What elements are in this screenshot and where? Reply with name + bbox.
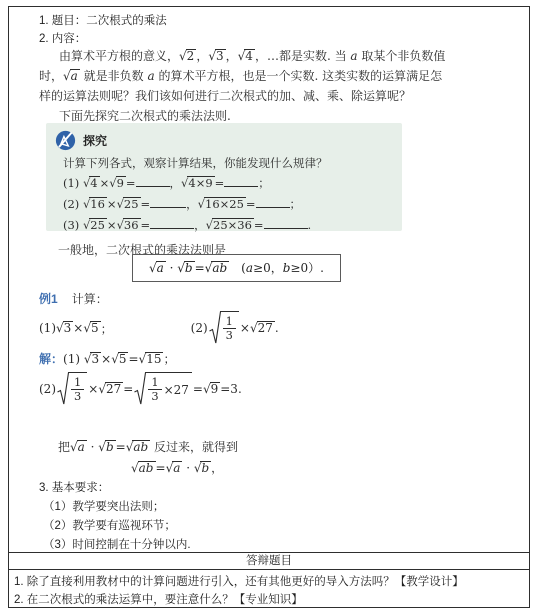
multiplication-rule-formula-box: √a · √b=√ab (a≥0，b≥0）. — [132, 254, 341, 282]
explore-header: 探究 — [46, 123, 402, 151]
requirements-heading: 3. 基本要求： — [39, 479, 109, 495]
defense-question-2: 2. 在二次根式的乘法运算中，要注意什么？【专业知识】 — [14, 591, 303, 607]
explore-item-3: (3) √25×√36=，√25×36=. — [46, 215, 402, 236]
solution-step-1: (1) √3×√5=√15； — [63, 352, 175, 366]
requirement-item-2: （2）教学要有巡视环节； — [43, 517, 176, 533]
requirement-item-3: （3）时间控制在十分钟以内. — [43, 536, 191, 552]
defense-questions-header-row: 答辩题目 — [9, 552, 529, 569]
reverse-statement-line: 把√a · √b=√ab 反过来，就得到 — [58, 438, 238, 455]
intro-line-2: 时，√a 就是非负数 a 的算术平方根，也是一个实数. 这类实数的运算满足怎 — [39, 67, 442, 84]
explore-item-1: (1) √4×√9=，√4×9=； — [46, 173, 402, 194]
example-problems-line: (1) √3×√5；(2) 13×√27. — [39, 307, 279, 349]
requirement-item-1: （1）教学要突出法则； — [43, 498, 164, 514]
defense-question-1: 1. 除了直接利用教材中的计算问题进行引入，还有其他更好的导入方法吗？【教学设计… — [14, 573, 464, 589]
solution-label: 解： — [39, 352, 63, 366]
task-title-line: 1. 题目：二次根式的乘法 — [39, 12, 167, 28]
defense-questions-cell: 1. 除了直接利用教材中的计算问题进行引入，还有其他更好的导入方法吗？【教学设计… — [9, 569, 529, 609]
solution-line-2: (2) 13×√27=13×27=√9=3. — [39, 365, 242, 413]
reverse-formula-line: √ab=√a · √b， — [131, 459, 223, 476]
explore-prompt: 计算下列各式，观察计算结果，你能发现什么规律？ — [46, 151, 402, 173]
intro-line-1: 由算术平方根的意义，√2，√3，√4，…都是实数. 当 a 取某个非负数值 — [59, 47, 445, 64]
intro-line-4: 下面先探究二次根式的乘法法则. — [59, 107, 231, 124]
explore-activity-box: 探究 计算下列各式，观察计算结果，你能发现什么规律？ (1) √4×√9=，√4… — [46, 123, 402, 231]
example-task-label: 计算： — [72, 292, 108, 306]
interview-task-sheet: 1. 题目：二次根式的乘法 2. 内容： 由算术平方根的意义，√2，√3，√4，… — [8, 6, 530, 608]
explore-item-2: (2) √16×√25=，√16×25=； — [46, 194, 402, 215]
defense-questions-title: 答辩题目 — [246, 555, 292, 567]
example-label: 例1 — [39, 292, 58, 306]
task-content-label: 2. 内容： — [39, 30, 86, 46]
task-content-cell: 1. 题目：二次根式的乘法 2. 内容： 由算术平方根的意义，√2，√3，√4，… — [9, 7, 529, 552]
explore-compass-icon — [55, 130, 76, 151]
example-heading: 例1计算： — [39, 290, 108, 307]
explore-title: 探究 — [83, 132, 107, 149]
intro-line-3: 样的运算法则呢？我们该如何进行二次根式的加、减、乘、除运算呢？ — [39, 87, 411, 104]
